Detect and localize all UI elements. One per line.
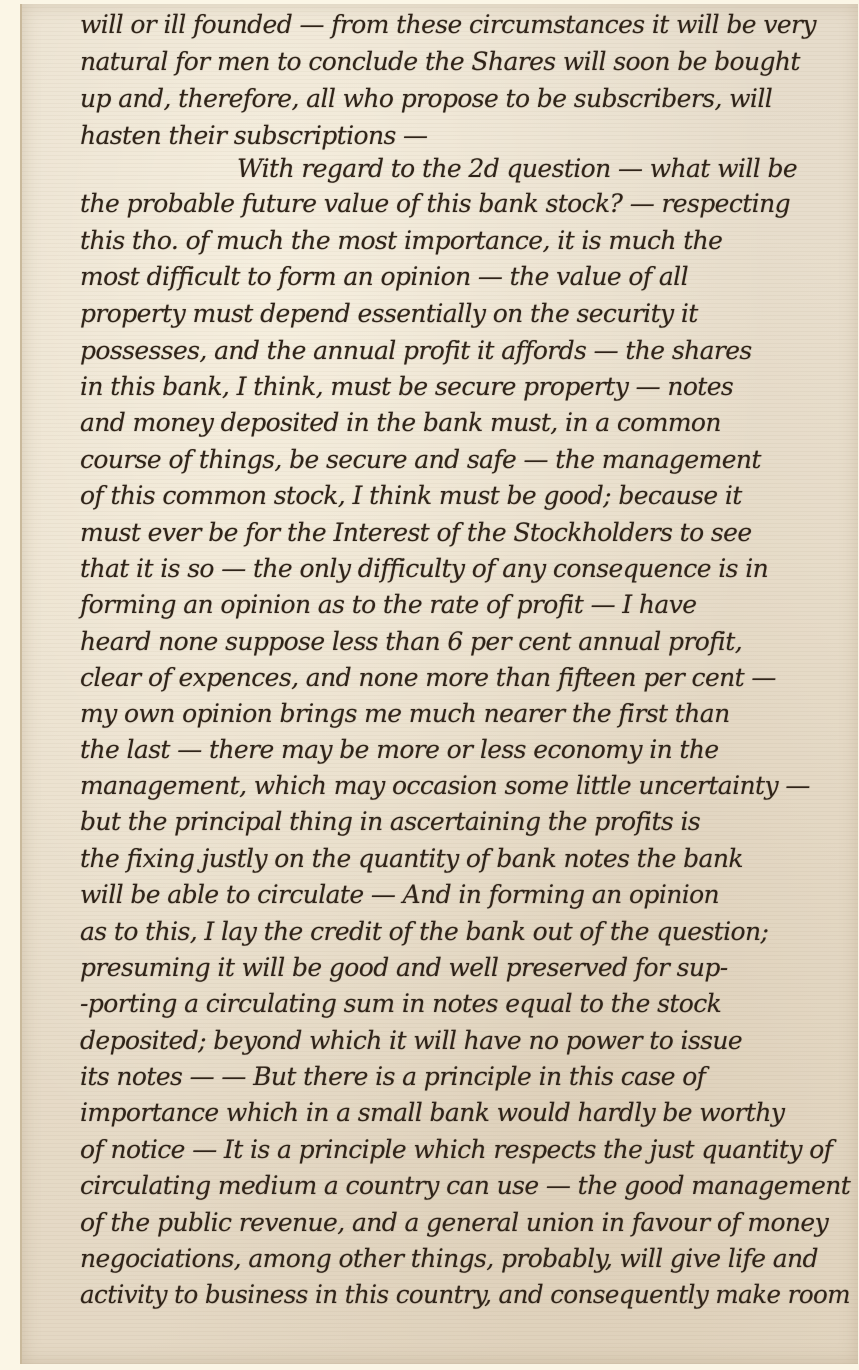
manuscript-line: property must depend essentially on the …	[80, 299, 698, 328]
manuscript-line: will or ill founded — from these circums…	[80, 10, 816, 39]
manuscript-line: the probable future value of this bank s…	[80, 189, 790, 218]
manuscript-line: the last — there may be more or less eco…	[80, 735, 719, 764]
manuscript-line: this tho. of much the most importance, i…	[80, 226, 722, 255]
manuscript-line: of notice — It is a principle which resp…	[80, 1135, 832, 1164]
manuscript-line: that it is so — the only difficulty of a…	[80, 554, 768, 583]
manuscript-line: course of things, be secure and safe — t…	[80, 445, 761, 474]
manuscript-line: forming an opinion as to the rate of pro…	[80, 590, 696, 619]
manuscript-line: clear of expences, and none more than fi…	[80, 663, 776, 692]
manuscript-line: hasten their subscriptions —	[80, 121, 427, 150]
manuscript-line: of this common stock, I think must be go…	[80, 481, 742, 510]
manuscript-line: in this bank, I think, must be secure pr…	[80, 372, 733, 401]
manuscript-line: activity to business in this country, an…	[80, 1280, 850, 1309]
manuscript-line: natural for men to conclude the Shares w…	[80, 47, 800, 76]
manuscript-line: negociations, among other things, probab…	[80, 1244, 818, 1273]
manuscript-line: but the principal thing in ascertaining …	[80, 807, 700, 836]
manuscript-line: of the public revenue, and a general uni…	[80, 1208, 828, 1237]
manuscript-page: will or ill founded — from these circums…	[20, 4, 858, 1364]
manuscript-line: presuming it will be good and well prese…	[80, 953, 728, 982]
manuscript-line: possesses, and the annual profit it affo…	[80, 336, 752, 365]
manuscript-line: deposited; beyond which it will have no …	[80, 1026, 742, 1055]
manuscript-line: and money deposited in the bank must, in…	[80, 408, 721, 437]
manuscript-line: -porting a circulating sum in notes equa…	[80, 989, 721, 1018]
manuscript-line: must ever be for the Interest of the Sto…	[80, 518, 752, 547]
manuscript-line: my own opinion brings me much nearer the…	[80, 699, 730, 728]
manuscript-line: its notes — — But there is a principle i…	[80, 1062, 705, 1091]
manuscript-line: importance which in a small bank would h…	[80, 1098, 784, 1127]
manuscript-line: up and, therefore, all who propose to be…	[80, 84, 772, 113]
manuscript-line: the fixing justly on the quantity of ban…	[80, 844, 743, 873]
manuscript-line: will be able to circulate — And in formi…	[80, 880, 719, 909]
manuscript-line: most difficult to form an opinion — the …	[80, 262, 688, 291]
manuscript-line: as to this, I lay the credit of the bank…	[80, 917, 768, 946]
manuscript-line: With regard to the 2d question — what wi…	[237, 154, 797, 183]
manuscript-line: circulating medium a country can use — t…	[80, 1171, 850, 1200]
manuscript-line: heard none suppose less than 6 per cent …	[80, 627, 742, 656]
manuscript-line: management, which may occasion some litt…	[80, 771, 810, 800]
